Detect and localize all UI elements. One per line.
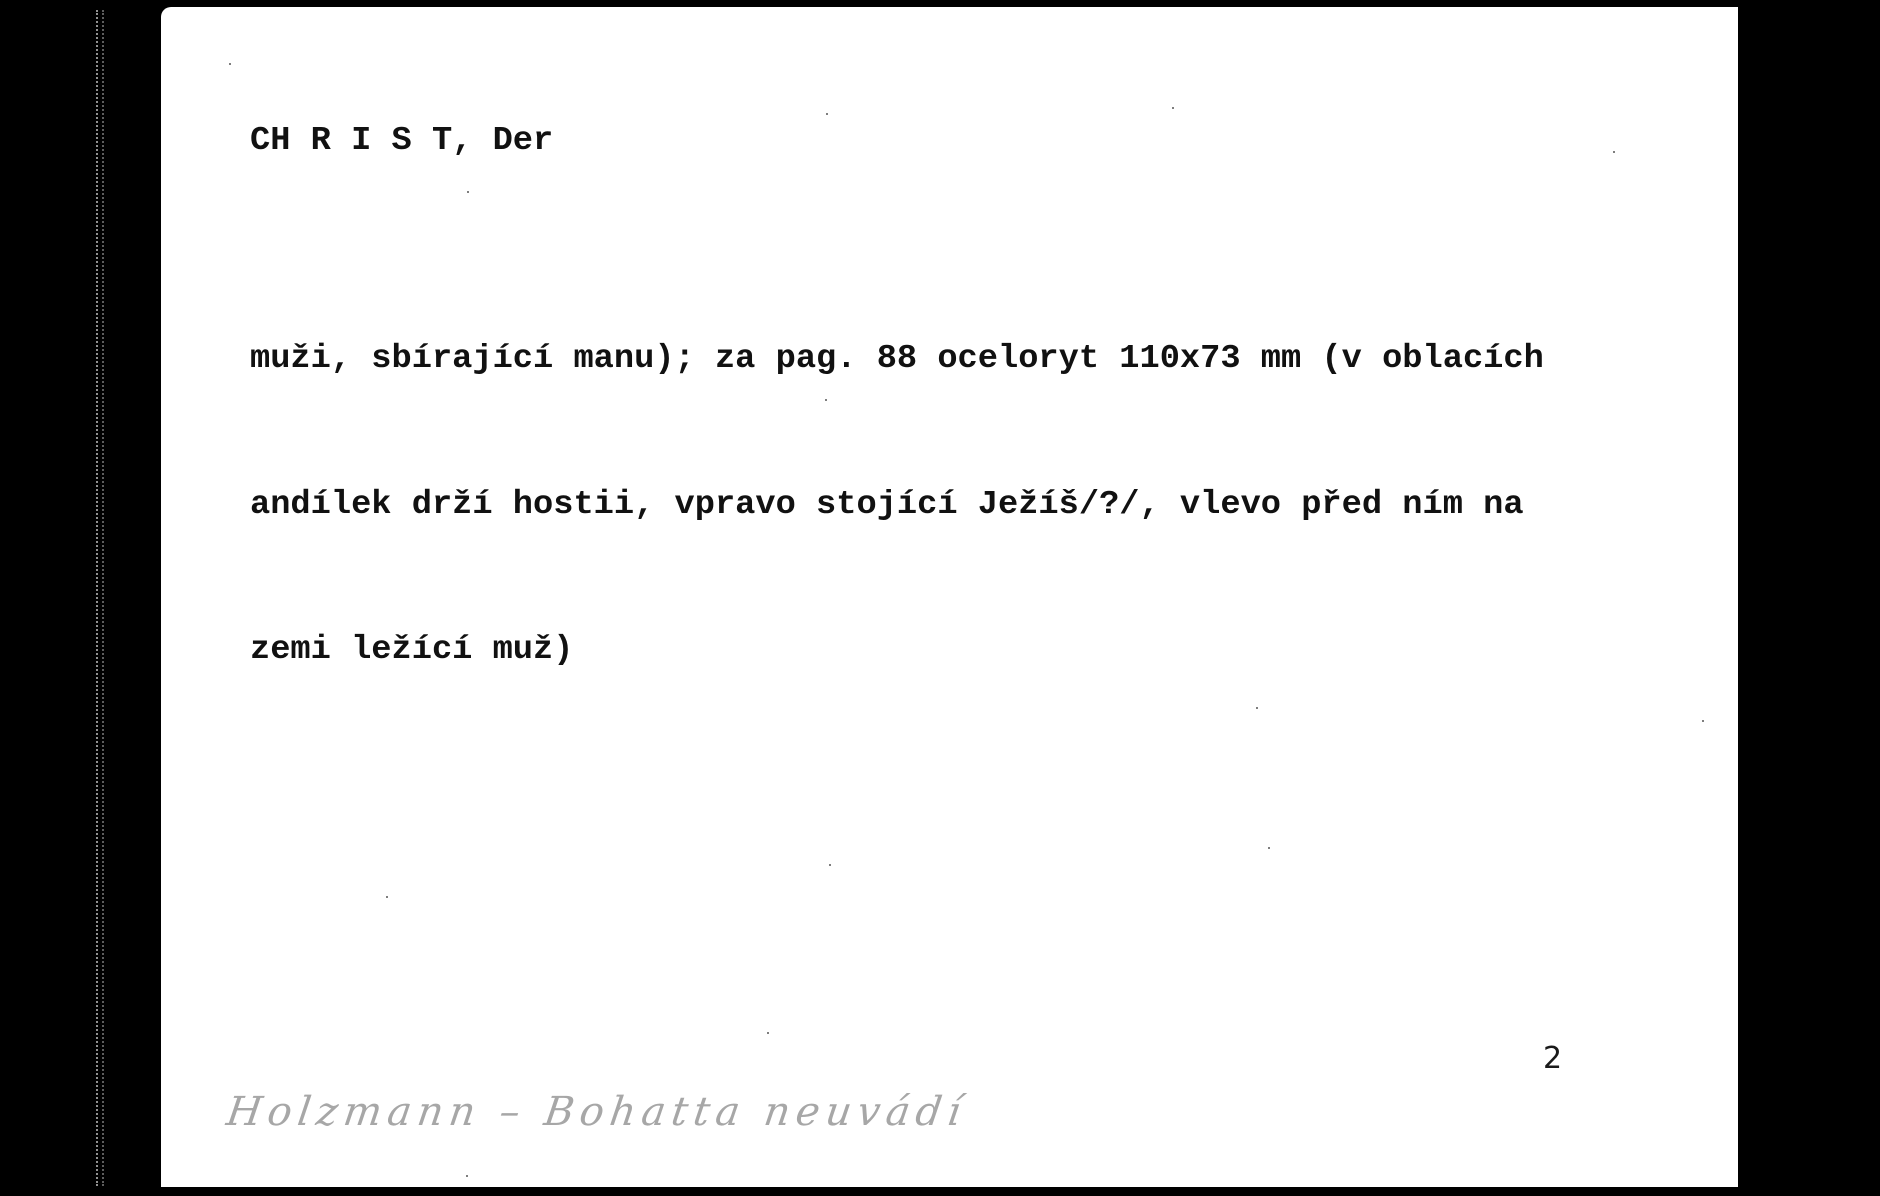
scan-speck [767, 1032, 769, 1034]
scan-speck [467, 191, 469, 193]
scan-speck [1268, 847, 1270, 849]
scan-speck [466, 1175, 468, 1177]
catalog-card: CH R I S T, Der muži, sbírající manu); z… [161, 7, 1738, 1187]
scan-speck [229, 63, 231, 65]
scan-speck [826, 113, 828, 115]
scan-edge-dotted-line [102, 10, 104, 1186]
card-body: muži, sbírající manu); za pag. 88 ocelor… [250, 238, 1544, 772]
card-body-line: andílek drží hostii, vpravo stojící Ježí… [250, 481, 1544, 530]
scan-speck [1702, 720, 1704, 722]
scan-speck [386, 896, 388, 898]
card-page-number: 2 [1543, 1039, 1562, 1079]
scanned-card-frame: CH R I S T, Der muži, sbírající manu); z… [0, 0, 1880, 1196]
card-body-line: zemi ležící muž) [250, 626, 1544, 675]
scan-speck [825, 399, 827, 401]
scan-speck [1172, 107, 1174, 109]
card-body-line: muži, sbírající manu); za pag. 88 ocelor… [250, 335, 1544, 384]
handwritten-pencil-note: Holzmann – Bohatta neuvádí [224, 1089, 970, 1135]
scan-speck [1256, 707, 1258, 709]
scan-speck [829, 864, 831, 866]
scan-speck [1613, 151, 1615, 153]
scan-edge-dotted-line [96, 10, 98, 1186]
card-title: CH R I S T, Der [250, 121, 553, 161]
